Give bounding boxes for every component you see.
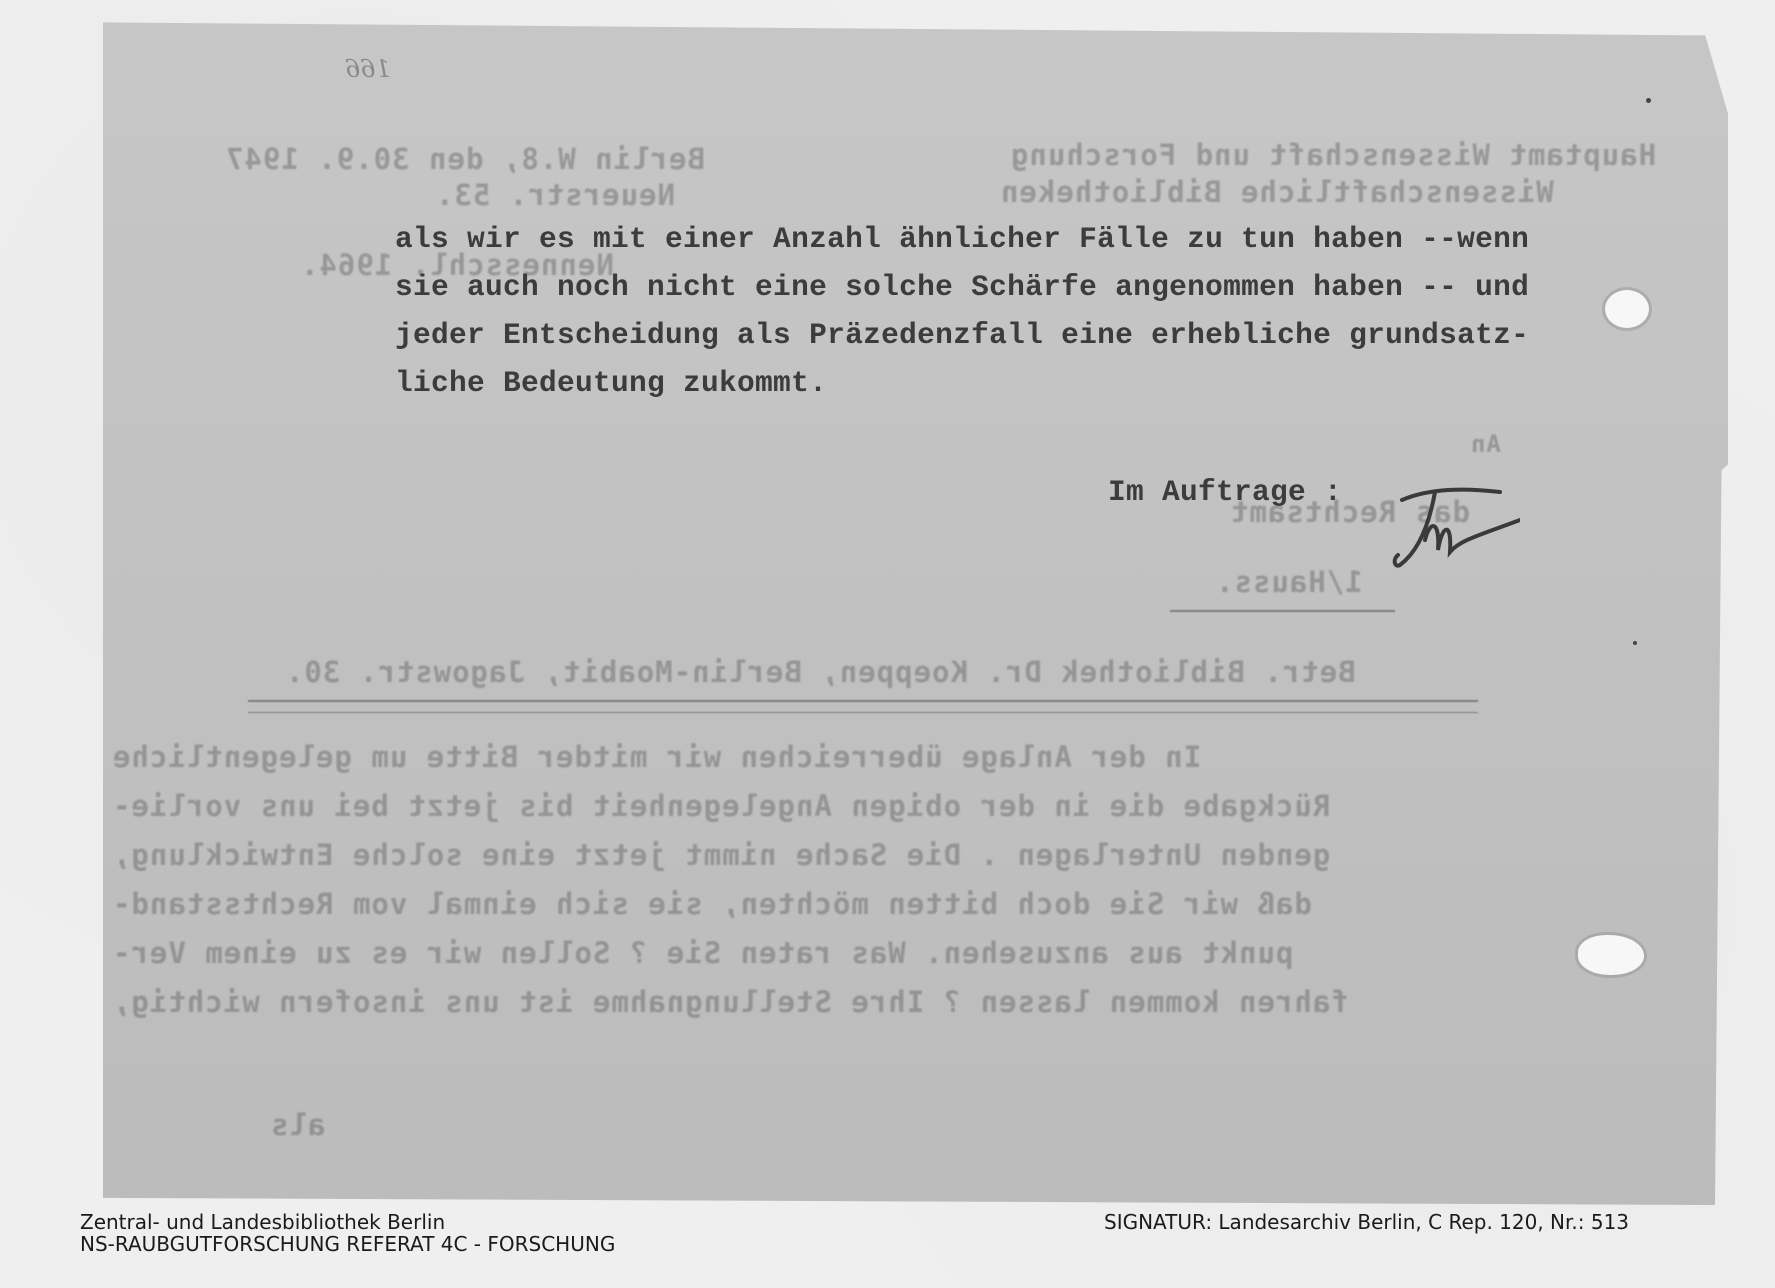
bleed-address-line: Neuerstr. 53. — [435, 178, 675, 212]
footer-institution: Zentral- und Landesbibliothek Berlin NS-… — [80, 1211, 615, 1255]
page-number-mark: 166 — [345, 55, 391, 83]
body-line-2: sie auch noch nicht eine solche Schärfe … — [395, 270, 1529, 304]
footer-institution-line-1: Zentral- und Landesbibliothek Berlin — [80, 1211, 615, 1233]
bleed-org-line-2: Wissenschaftliche Bibliotheken — [1000, 175, 1554, 209]
body-line-3: jeder Entscheidung als Präzedenzfall ein… — [395, 318, 1529, 352]
bleed-recipient-room: 1/Hauss. — [1215, 565, 1363, 599]
bleed-body-line-4: daß wir Sie doch bitten möchten, sie sic… — [112, 887, 1312, 921]
punch-hole-bottom — [1578, 935, 1644, 975]
bleed-body-line-1: In der Anlage überreichen wir mitder Bit… — [112, 740, 1201, 774]
bleed-underline-recipient — [1170, 610, 1395, 612]
punch-hole-top — [1605, 290, 1649, 328]
speck — [1633, 641, 1637, 645]
body-line-4: liche Bedeutung zukommt. — [395, 366, 827, 400]
bleed-subject-rule-2 — [248, 712, 1478, 713]
closing-text: Im Auftrage : — [1108, 475, 1342, 509]
bleed-org-line-1: Hauptamt Wissenschaft und Forschung — [1010, 138, 1656, 172]
bleed-to-label: An — [1470, 430, 1501, 458]
speck — [1646, 98, 1651, 103]
bleed-subject: Betr. Bibliothek Dr. Koeppen, Berlin-Moa… — [285, 655, 1356, 689]
handwritten-signature — [1390, 480, 1520, 590]
bleed-body-line-3: genden Unterlagen . Die Sache nimmt jetz… — [112, 838, 1330, 872]
bleed-body-line-6: fahren kommen lassen ? Ihre Stellungnahm… — [112, 985, 1349, 1019]
bleed-date-line: Berlin W.8, den 30.9. 1947 — [225, 142, 705, 176]
bleed-body-line-2: Rückgabe die in der obigen Angelegenheit… — [112, 789, 1330, 823]
bleed-subject-rule — [248, 700, 1478, 702]
bleed-continuation: als — [270, 1108, 325, 1142]
body-line-1: als wir es mit einer Anzahl ähnlicher Fä… — [395, 222, 1529, 256]
footer-institution-line-2: NS-RAUBGUTFORSCHUNG REFERAT 4C - FORSCHU… — [80, 1233, 615, 1255]
footer-signatur: SIGNATUR: Landesarchiv Berlin, C Rep. 12… — [1104, 1211, 1629, 1233]
bleed-body-line-5: punkt aus anzusehen. Was raten Sie ? Sol… — [112, 936, 1293, 970]
